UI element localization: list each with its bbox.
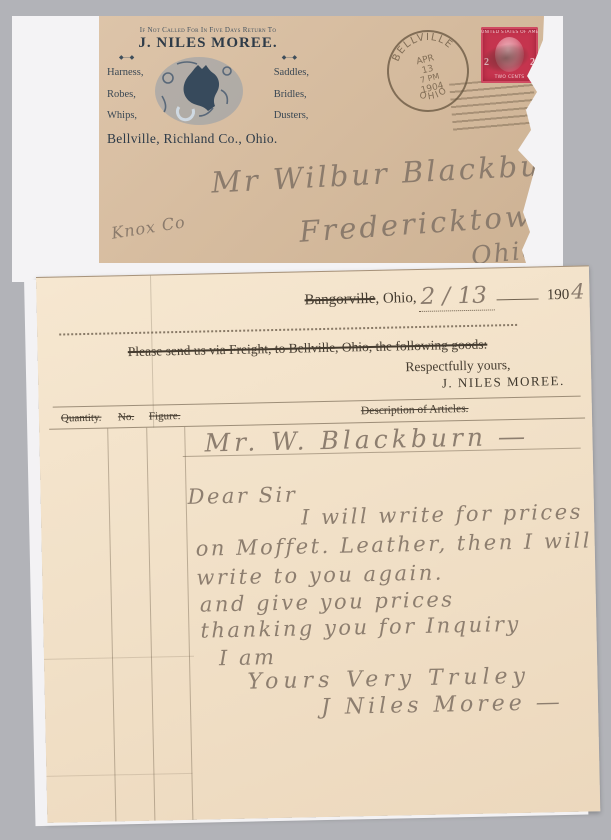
column-header-quantity: Quantity.	[61, 412, 102, 425]
dateline: Bangorville, Ohio, 2 / 13 190 4	[304, 279, 585, 313]
year-printed: 190	[547, 287, 570, 304]
handwritten-signature: J Niles Moree ―	[321, 690, 563, 720]
product-item: Robes,	[107, 89, 143, 100]
handwritten-body-line: thanking you for Inquiry	[200, 612, 521, 643]
handwritten-salutation: Dear Sir	[187, 483, 297, 509]
fold-crease-horizontal	[44, 656, 194, 660]
header-rule-top	[53, 396, 581, 408]
handwritten-body-line: and give you prices	[200, 587, 455, 616]
handwritten-recipient: Mr. W. Blackburn ―	[204, 422, 528, 458]
dotted-separator	[59, 324, 517, 336]
column-line-1	[107, 429, 116, 822]
handwritten-body-line: on Moffet. Leather, then I will	[195, 528, 592, 560]
handwritten-body-line: I will write for prices	[301, 500, 583, 530]
stamp-country-text: UNITED STATES OF AMERICA	[481, 30, 538, 35]
cancellation-bars	[449, 76, 537, 131]
dateline-leader	[497, 298, 539, 300]
handwritten-body-line: I am	[219, 645, 277, 670]
sender-city-line: Bellville, Richland Co., Ohio.	[107, 131, 309, 147]
ornament-left-icon: ◆—◆	[119, 54, 134, 61]
handwritten-body-line: write to you again.	[196, 561, 444, 590]
product-item: Harness,	[107, 67, 143, 78]
dateline-place-suffix: , Ohio,	[375, 290, 417, 308]
letter-sheet: Bangorville, Ohio, 2 / 13 190 4 Please s…	[36, 265, 600, 822]
product-item: Saddles,	[274, 67, 309, 78]
sender-name: J. NILES MOREE.	[107, 35, 309, 52]
column-header-description: Description of Articles.	[361, 403, 469, 417]
product-item: Bridles,	[274, 89, 309, 100]
cancel-smudge	[481, 41, 531, 75]
product-list-left: Harness, Robes, Whips,	[107, 67, 143, 131]
column-header-no: No.	[118, 411, 134, 423]
handwritten-closing: Yours Very Truley	[247, 664, 530, 695]
ornament-right-icon: ◆—◆	[282, 54, 297, 61]
product-item: Dusters,	[274, 110, 309, 121]
handwritten-date: 2 / 13	[418, 282, 495, 312]
harness-goods-illustration	[154, 56, 244, 126]
year-handwritten: 4	[571, 280, 585, 304]
product-item: Whips,	[107, 110, 143, 121]
dateline-place-struck: Bangorville	[304, 291, 375, 309]
product-list-right: Saddles, Bridles, Dusters,	[274, 67, 309, 131]
envelope: If Not Called For In Five Days Return To…	[99, 16, 545, 263]
faint-row-rule	[46, 773, 192, 777]
column-line-2	[146, 428, 155, 821]
return-notice: If Not Called For In Five Days Return To	[107, 26, 309, 34]
county-note: Knox Co	[110, 212, 187, 242]
